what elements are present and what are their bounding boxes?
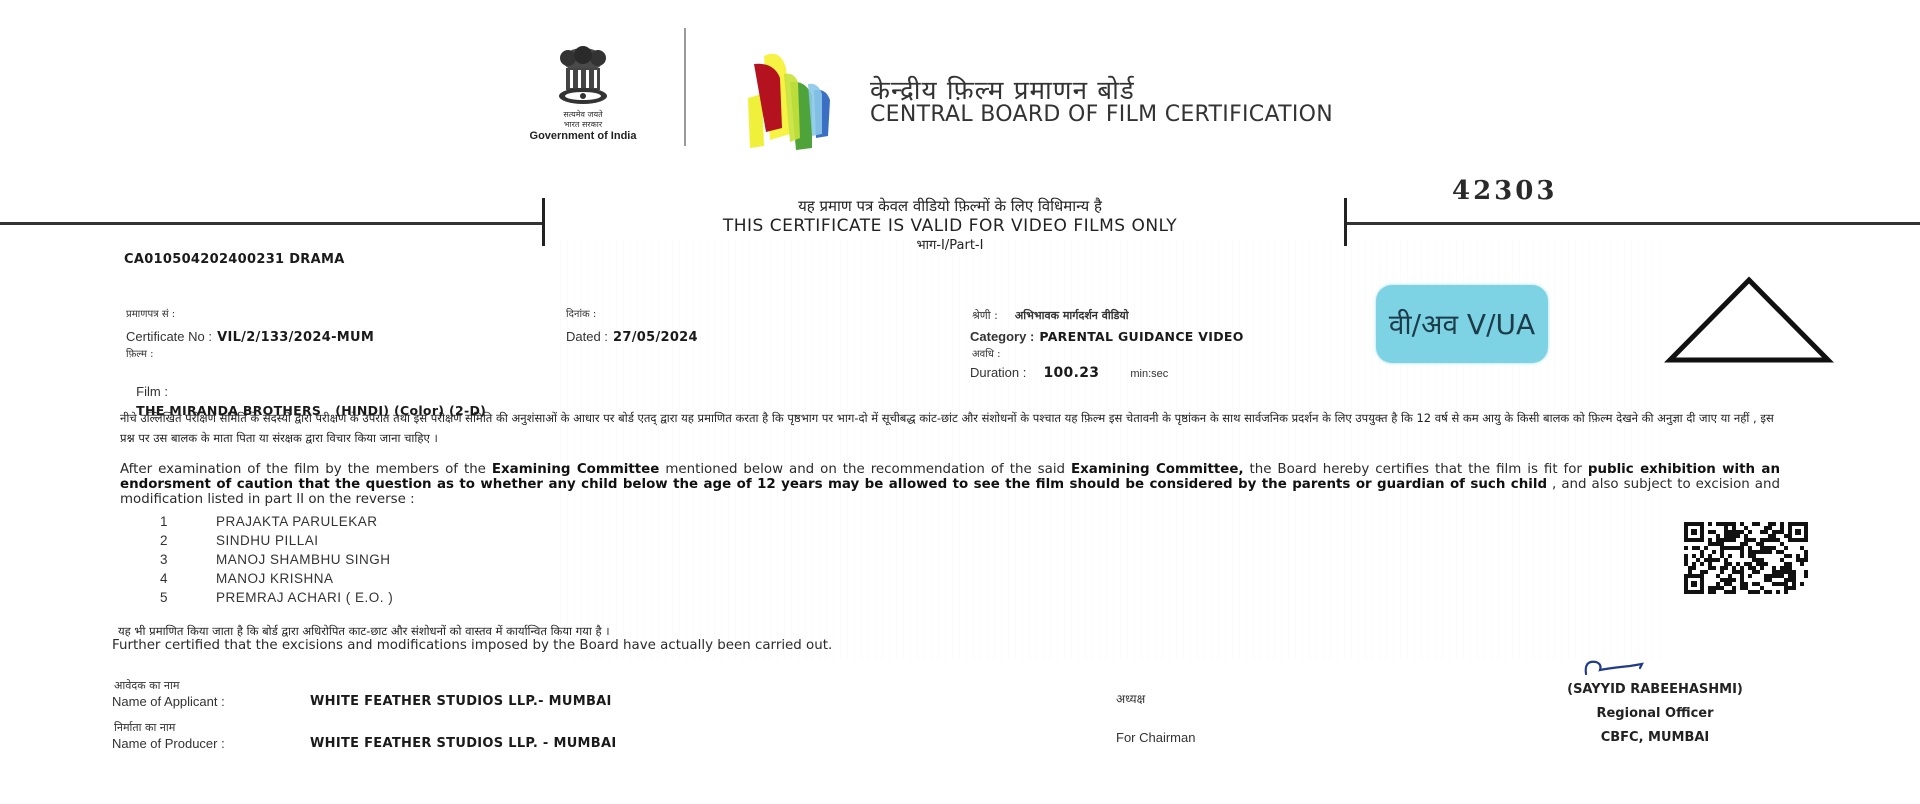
- category-hindi-row: श्रेणी : अभिभावक मार्गदर्शन वीडियो: [972, 304, 1129, 323]
- rule-right: [1346, 222, 1920, 225]
- duration-row: Duration : 100.23 min:sec: [970, 362, 1168, 381]
- serial-number: 42303: [1452, 176, 1557, 206]
- duration-label: Duration :: [970, 365, 1026, 380]
- duration-value: 100.23: [1043, 365, 1099, 381]
- national-emblem-icon: [548, 44, 618, 110]
- applicant-label: Name of Applicant :: [112, 694, 225, 709]
- signatory-office: CBFC, MUMBAI: [1530, 730, 1780, 745]
- member-name: MANOJ KRISHNA: [216, 569, 334, 588]
- validity-notice: यह प्रमाण पत्र केवल वीडियो फ़िल्मों के ल…: [560, 196, 1340, 256]
- cbfc-logo-icon: [740, 38, 850, 150]
- committee-members-list: 1PRAJAKTA PARULEKAR 2SINDHU PILLAI 3MANO…: [160, 512, 393, 607]
- member-name: PRAJAKTA PARULEKAR: [216, 512, 378, 531]
- para-bold-2: Examining Committee,: [1071, 462, 1244, 477]
- signatory-title: Regional Officer: [1530, 706, 1780, 721]
- applicant-value: WHITE FEATHER STUDIOS LLP.- MUMBAI: [310, 694, 612, 709]
- member-name: MANOJ SHAMBHU SINGH: [216, 550, 391, 569]
- signature-icon: [1580, 652, 1670, 682]
- certificate-no-row: Certificate No : VIL/2/133/2024-MUM: [126, 326, 374, 345]
- qr-code-icon: [1682, 520, 1810, 596]
- dated-label: Dated :: [566, 329, 608, 344]
- member-number: 4: [160, 569, 216, 588]
- list-item: 1PRAJAKTA PARULEKAR: [160, 512, 393, 531]
- category-value-hindi: अभिभावक मार्गदर्शन वीडियो: [1015, 309, 1129, 322]
- chairman-label: For Chairman: [1116, 730, 1195, 745]
- member-name: PREMRAJ ACHARI ( E.O. ): [216, 588, 393, 607]
- emblem-motto: सत्यमेव जयते: [508, 110, 658, 120]
- para-bold-1: Examining Committee: [492, 462, 659, 477]
- para-text-2: mentioned below and on the recommendatio…: [659, 462, 1071, 477]
- applicant-label-hindi: आवेदक का नाम: [114, 678, 179, 693]
- emblem-english-label: Government of India: [508, 130, 658, 143]
- category-label-hindi: श्रेणी :: [972, 309, 998, 322]
- category-label: Category :: [970, 329, 1034, 344]
- member-number: 3: [160, 550, 216, 569]
- header-divider: [684, 28, 686, 146]
- certificate-no-label: Certificate No :: [126, 329, 212, 344]
- certification-paragraph-english: After examination of the film by the mem…: [120, 462, 1780, 507]
- category-value: PARENTAL GUIDANCE VIDEO: [1039, 329, 1243, 344]
- rule-left: [0, 222, 544, 225]
- triangle-icon: [1664, 276, 1834, 366]
- category-row: Category : PARENTAL GUIDANCE VIDEO: [970, 326, 1244, 345]
- producer-label-hindi: निर्माता का नाम: [114, 720, 175, 735]
- producer-value: WHITE FEATHER STUDIOS LLP. - MUMBAI: [310, 736, 617, 751]
- para-text-3: the Board hereby certifies that the film…: [1244, 462, 1588, 477]
- validity-english: THIS CERTIFICATE IS VALID FOR VIDEO FILM…: [560, 216, 1340, 236]
- brand-name-english: CENTRAL BOARD OF FILM CERTIFICATION: [870, 102, 1333, 128]
- rule-right-tick: [1344, 198, 1347, 246]
- further-certified-hindi: यह भी प्रमाणित किया जाता है कि बोर्ड द्व…: [118, 624, 610, 639]
- film-label: Film :: [136, 384, 168, 399]
- reference-number: CA010504202400231 DRAMA: [124, 252, 345, 267]
- duration-label-hindi: अवधि :: [972, 346, 1001, 360]
- para-text-1: After examination of the film by the mem…: [120, 462, 492, 477]
- dated-label-hindi: दिनांक :: [566, 306, 596, 320]
- certificate-part: भाग-I/Part-I: [560, 236, 1340, 256]
- certificate-no-value: VIL/2/133/2024-MUM: [217, 330, 374, 345]
- government-emblem: सत्यमेव जयते भारत सरकार Government of In…: [508, 44, 658, 148]
- emblem-hindi-label: भारत सरकार: [508, 120, 658, 130]
- duration-unit: min:sec: [1130, 368, 1168, 380]
- dated-value: 27/05/2024: [613, 330, 698, 345]
- certification-paragraph-hindi: नीचे उल्लिखित परीक्षण समिति के सदस्यों द…: [120, 408, 1780, 448]
- rating-badge: वी/अव V/UA: [1376, 285, 1548, 363]
- list-item: 2SINDHU PILLAI: [160, 531, 393, 550]
- dated-row: Dated : 27/05/2024: [566, 326, 698, 345]
- list-item: 4MANOJ KRISHNA: [160, 569, 393, 588]
- further-certified-english: Further certified that the excisions and…: [112, 638, 832, 653]
- rule-left-tick: [542, 198, 545, 246]
- chairman-label-hindi: अध्यक्ष: [1116, 690, 1145, 707]
- validity-hindi: यह प्रमाण पत्र केवल वीडियो फ़िल्मों के ल…: [560, 196, 1340, 216]
- producer-label: Name of Producer :: [112, 736, 225, 751]
- member-number: 1: [160, 512, 216, 531]
- member-name: SINDHU PILLAI: [216, 531, 319, 550]
- certificate-no-label-hindi: प्रमाणपत्र सं :: [126, 306, 175, 320]
- signatory-name: (SAYYID RABEEHASHMI): [1530, 682, 1780, 697]
- member-number: 2: [160, 531, 216, 550]
- list-item: 5PREMRAJ ACHARI ( E.O. ): [160, 588, 393, 607]
- list-item: 3MANOJ SHAMBHU SINGH: [160, 550, 393, 569]
- member-number: 5: [160, 588, 216, 607]
- film-label-hindi: फ़िल्म :: [126, 346, 154, 360]
